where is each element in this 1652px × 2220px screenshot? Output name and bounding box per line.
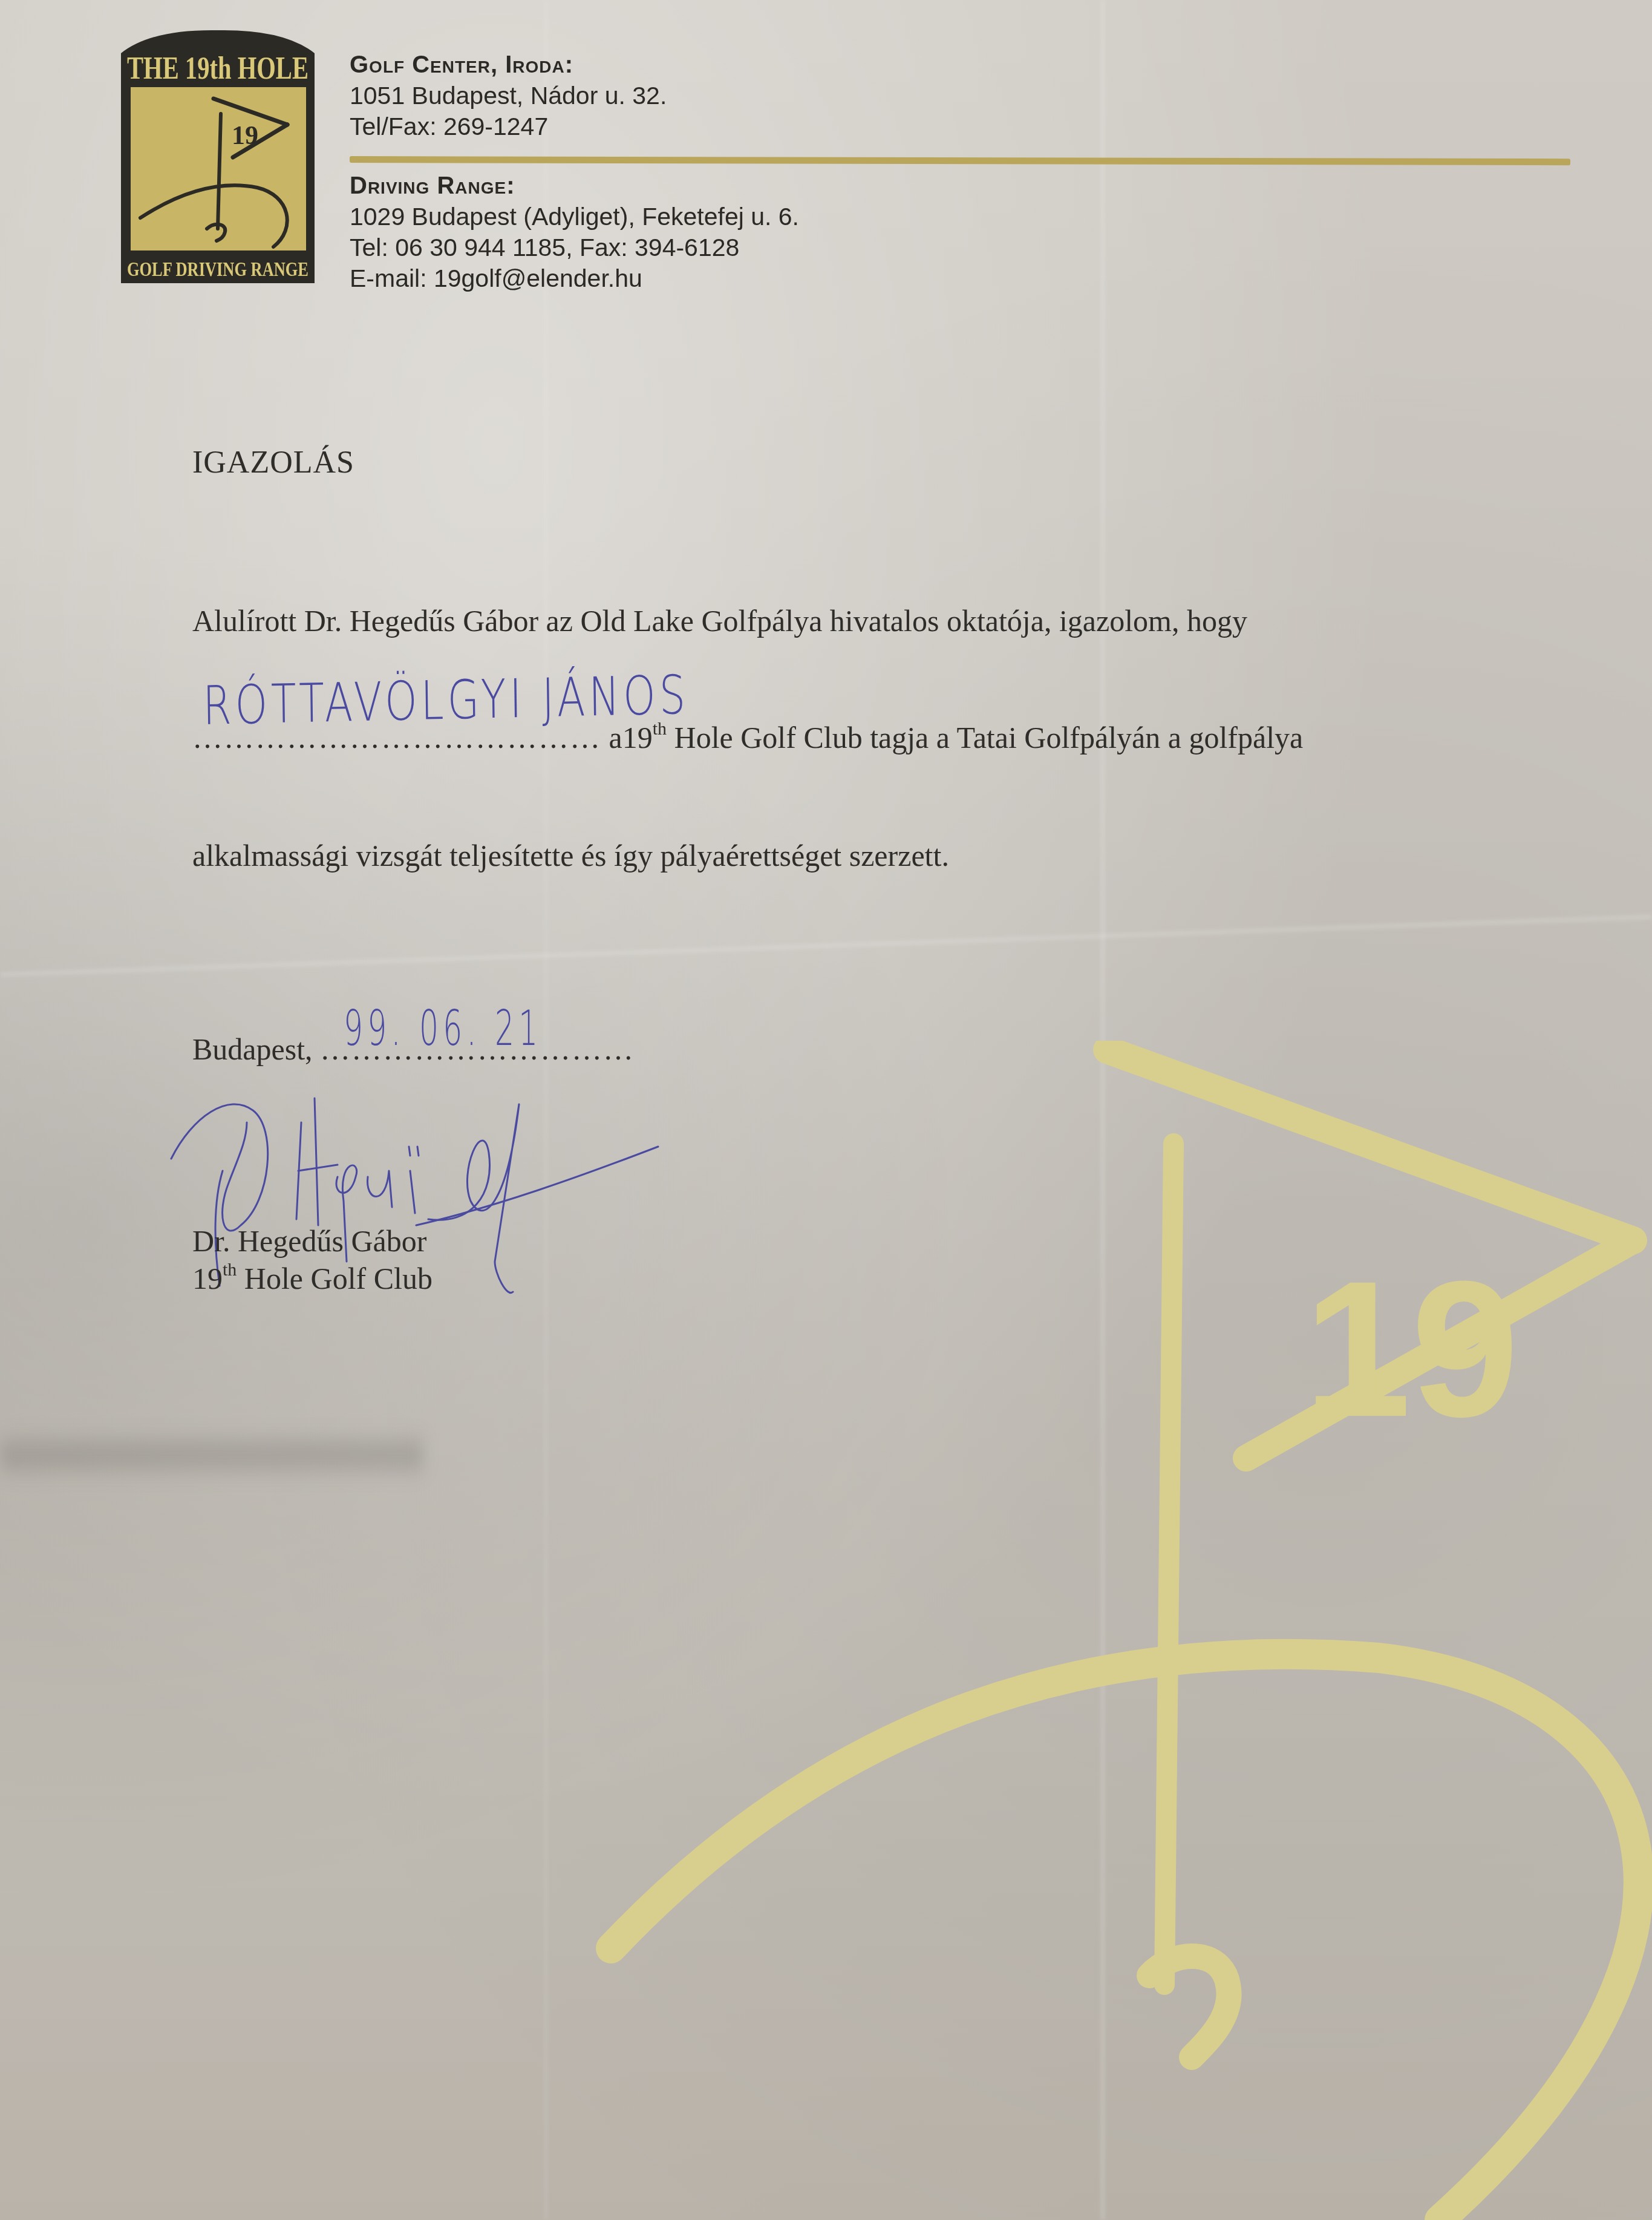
company-logo: THE 19th HOLE GOLF DRIVING RANGE 19 [115,29,321,284]
driving-range-address: 1029 Budapest (Adyliget), Feketefej u. 6… [350,201,799,232]
org-number: 19 [192,1262,223,1295]
handwritten-date: 99. 06. 21 [344,1000,542,1057]
logo-title: THE 19th HOLE [127,51,309,86]
letterhead: Golf Center, Iroda: 1051 Budapest, Nádor… [350,50,667,142]
office-contact: Golf Center, Iroda: 1051 Budapest, Nádor… [350,50,667,142]
org-ordinal-suffix: th [223,1260,237,1280]
office-heading: Golf Center, Iroda: [350,50,667,80]
signatory-organization: 19th Hole Golf Club [192,1261,433,1296]
paper-crease [1101,0,1105,2220]
place-label: Budapest, [192,1032,320,1066]
document-title: IGAZOLÁS [192,445,354,480]
driving-range-phone: Tel: 06 30 944 1185, Fax: 394-6128 [350,232,799,263]
logo-flag-number: 19 [232,120,258,150]
org-name: Hole Golf Club [237,1262,433,1295]
paragraph-membership: ………………………………… a19th Hole Golf Club tagja… [192,720,1303,755]
membership-text-pre: a19 [609,721,653,755]
fold-shadow [0,1428,423,1482]
ordinal-suffix: th [653,719,667,739]
paragraph-intro: Alulírott Dr. Hegedűs Gábor az Old Lake … [192,603,1247,638]
driving-range-contact: Driving Range: 1029 Budapest (Adyliget),… [350,171,799,294]
logo-subtitle: GOLF DRIVING RANGE [127,258,309,281]
membership-text-post: Hole Golf Club tagja a Tatai Golfpályán … [667,721,1303,755]
driving-range-heading: Driving Range: [350,171,799,201]
paragraph-result: alkalmassági vizsgát teljesítette és így… [192,838,949,873]
signatory-name: Dr. Hegedűs Gábor [192,1223,426,1259]
name-fill-line: ………………………………… [192,721,601,755]
paper-crease [1,915,1652,976]
driving-range-email: E-mail: 19golf@elender.hu [350,263,799,294]
office-phone: Tel/Fax: 269-1247 [350,111,667,142]
office-address: 1051 Budapest, Nádor u. 32. [350,80,667,111]
